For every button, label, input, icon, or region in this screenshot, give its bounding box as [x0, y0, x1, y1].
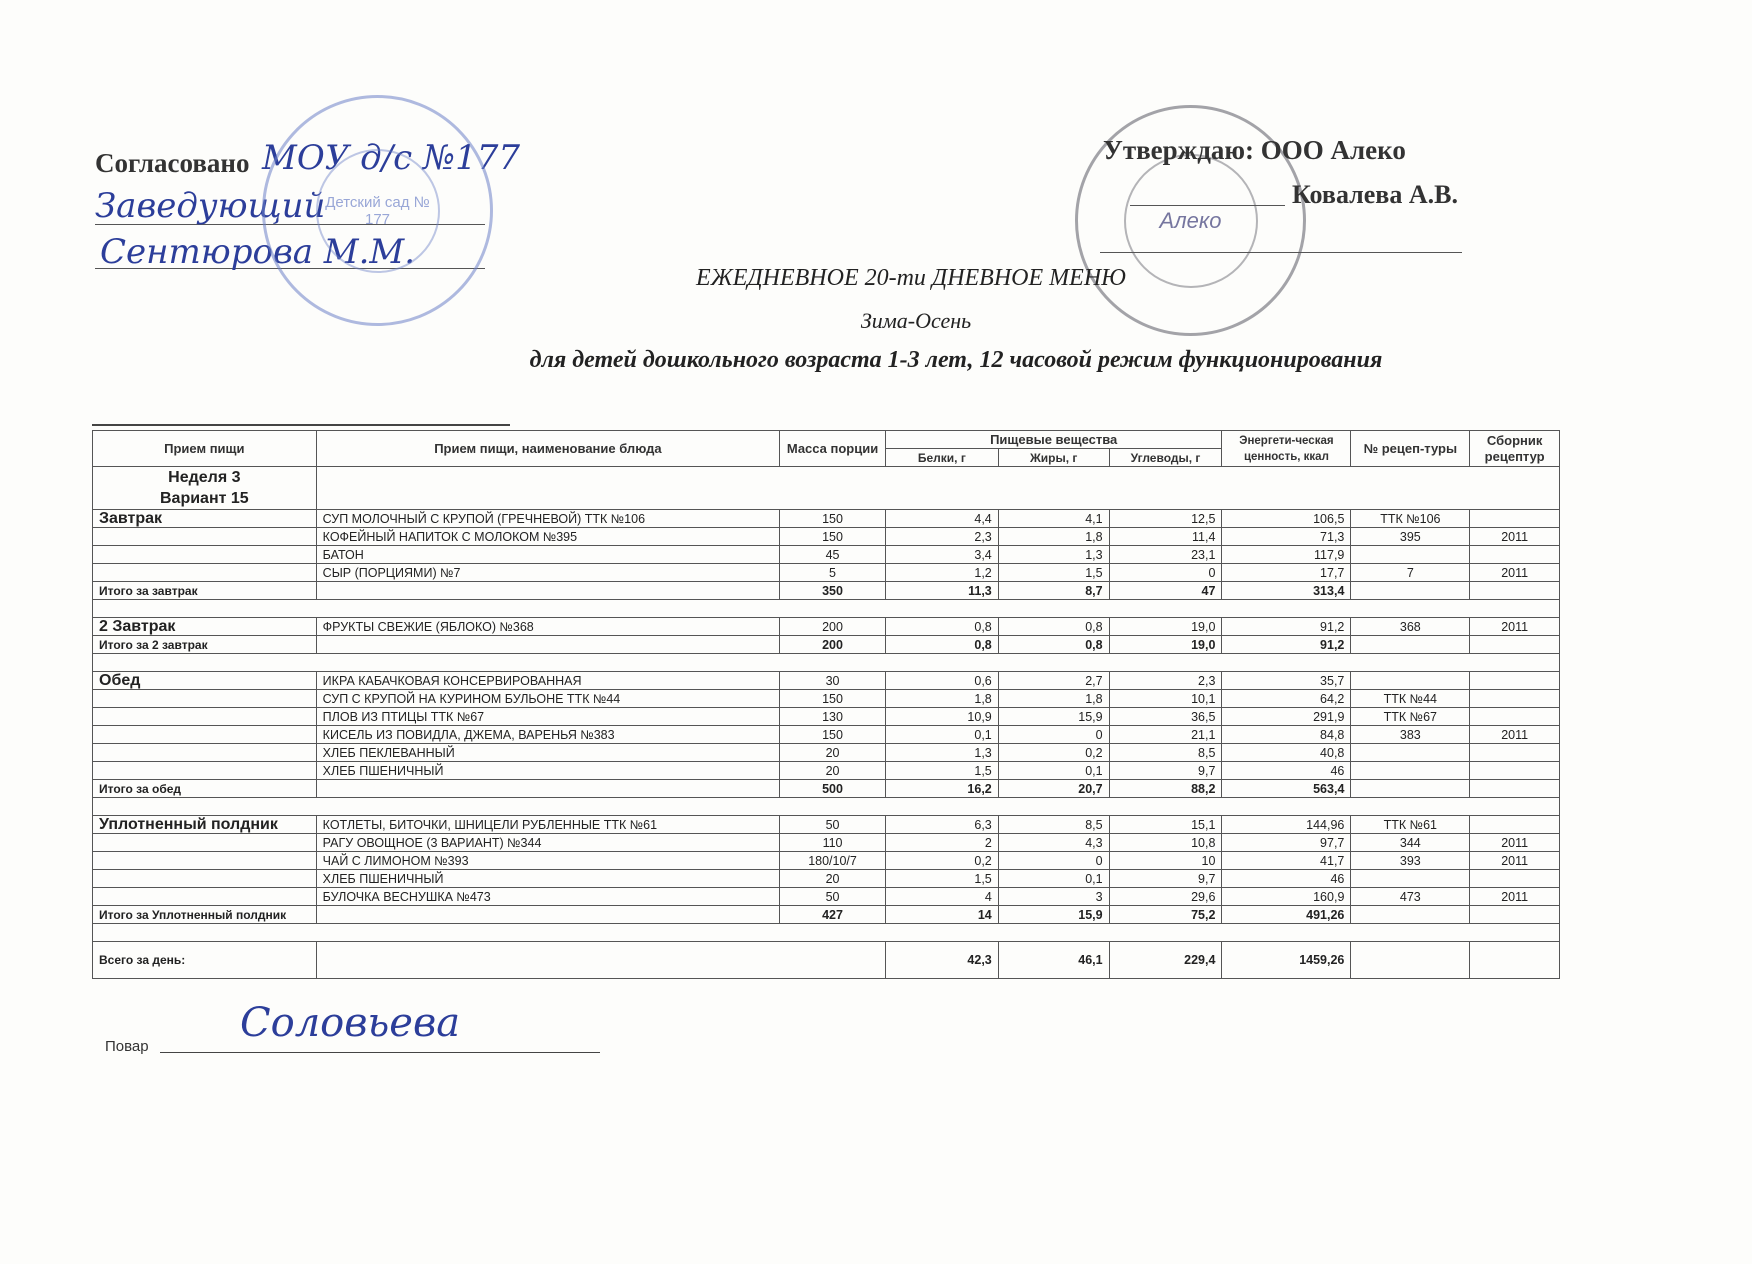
dish-recipe-no: ТТК №61: [1351, 816, 1470, 834]
empty-cell: [93, 654, 1560, 672]
dish-fat: 1,8: [998, 528, 1109, 546]
dish-protein: 2: [885, 834, 998, 852]
header-collection: Сборник рецептур: [1470, 431, 1560, 467]
dish-protein: 2,3: [885, 528, 998, 546]
dish-protein: 0,2: [885, 852, 998, 870]
dish-carbs: 10,8: [1109, 834, 1222, 852]
empty-cell: [1470, 942, 1560, 979]
total-carbs: 75,2: [1109, 906, 1222, 924]
dish-carbs: 11,4: [1109, 528, 1222, 546]
empty-cell: [1351, 582, 1470, 600]
dish-protein: 1,5: [885, 762, 998, 780]
empty-cell: [316, 582, 779, 600]
dish-fat: 0,2: [998, 744, 1109, 762]
section-total-label: Итого за Уплотненный полдник: [93, 906, 317, 924]
dish-carbs: 0: [1109, 564, 1222, 582]
meal-cell: [93, 744, 317, 762]
total-fat: 15,9: [998, 906, 1109, 924]
dish-mass: 20: [780, 870, 886, 888]
dish-row: ОбедИКРА КАБАЧКОВАЯ КОНСЕРВИРОВАННАЯ300,…: [93, 672, 1560, 690]
day-total-fat: 46,1: [998, 942, 1109, 979]
cook-label: Повар: [105, 1038, 149, 1055]
dish-recipe-no: ТТК №44: [1351, 690, 1470, 708]
dish-energy: 117,9: [1222, 546, 1351, 564]
spacer-row: [93, 600, 1560, 618]
dish-name: ФРУКТЫ СВЕЖИЕ (ЯБЛОКО) №368: [316, 618, 779, 636]
meal-cell: [93, 762, 317, 780]
empty-cell: [316, 780, 779, 798]
dish-carbs: 19,0: [1109, 618, 1222, 636]
dish-protein: 6,3: [885, 816, 998, 834]
dish-recipe-no: 393: [1351, 852, 1470, 870]
dish-name: КИСЕЛЬ ИЗ ПОВИДЛА, ДЖЕМА, ВАРЕНЬЯ №383: [316, 726, 779, 744]
dish-carbs: 8,5: [1109, 744, 1222, 762]
empty-cell: [1351, 942, 1470, 979]
dish-carbs: 10,1: [1109, 690, 1222, 708]
dish-collection: [1470, 744, 1560, 762]
dish-collection: 2011: [1470, 852, 1560, 870]
dish-protein: 4: [885, 888, 998, 906]
dish-carbs: 9,7: [1109, 762, 1222, 780]
dish-protein: 4,4: [885, 510, 998, 528]
header-dish: Прием пищи, наименование блюда: [316, 431, 779, 467]
dish-name: ХЛЕБ ПШЕНИЧНЫЙ: [316, 762, 779, 780]
stamp-center-text: Алеко: [1160, 208, 1222, 234]
dish-name: КОТЛЕТЫ, БИТОЧКИ, ШНИЦЕЛИ РУБЛЕННЫЕ ТТК …: [316, 816, 779, 834]
divider: [92, 424, 510, 426]
dish-carbs: 29,6: [1109, 888, 1222, 906]
header-recipe-no: № рецеп-туры: [1351, 431, 1470, 467]
empty-cell: [1470, 636, 1560, 654]
dish-mass: 180/10/7: [780, 852, 886, 870]
header-meal: Прием пищи: [93, 431, 317, 467]
dish-fat: 15,9: [998, 708, 1109, 726]
dish-mass: 5: [780, 564, 886, 582]
menu-table: Прием пищи Прием пищи, наименование блюд…: [92, 430, 1560, 979]
dish-name: СЫР (ПОРЦИЯМИ) №7: [316, 564, 779, 582]
dish-fat: 3: [998, 888, 1109, 906]
dish-name: КОФЕЙНЫЙ НАПИТОК С МОЛОКОМ №395: [316, 528, 779, 546]
variant-label: Вариант 15: [99, 488, 310, 509]
empty-cell: [93, 924, 1560, 942]
dish-mass: 130: [780, 708, 886, 726]
dish-row: 2 ЗавтракФРУКТЫ СВЕЖИЕ (ЯБЛОКО) №3682000…: [93, 618, 1560, 636]
spacer-row: [93, 654, 1560, 672]
spacer-row: [93, 798, 1560, 816]
dish-fat: 0,1: [998, 870, 1109, 888]
total-fat: 20,7: [998, 780, 1109, 798]
dish-carbs: 23,1: [1109, 546, 1222, 564]
empty-cell: [316, 636, 779, 654]
dish-collection: [1470, 546, 1560, 564]
header-fat: Жиры, г: [998, 449, 1109, 467]
dish-mass: 50: [780, 888, 886, 906]
dish-collection: [1470, 690, 1560, 708]
dish-mass: 50: [780, 816, 886, 834]
dish-recipe-no: 7: [1351, 564, 1470, 582]
dish-recipe-no: 344: [1351, 834, 1470, 852]
dish-collection: 2011: [1470, 834, 1560, 852]
total-protein: 11,3: [885, 582, 998, 600]
dish-mass: 30: [780, 672, 886, 690]
dish-protein: 1,2: [885, 564, 998, 582]
dish-collection: 2011: [1470, 564, 1560, 582]
dish-energy: 17,7: [1222, 564, 1351, 582]
dish-row: БУЛОЧКА ВЕСНУШКА №473504329,6160,9473201…: [93, 888, 1560, 906]
section-total-label: Итого за завтрак: [93, 582, 317, 600]
dish-row: КИСЕЛЬ ИЗ ПОВИДЛА, ДЖЕМА, ВАРЕНЬЯ №38315…: [93, 726, 1560, 744]
day-total-label: Всего за день:: [93, 942, 317, 979]
total-protein: 14: [885, 906, 998, 924]
dish-fat: 8,5: [998, 816, 1109, 834]
section-total-row: Итого за Уплотненный полдник4271415,975,…: [93, 906, 1560, 924]
empty-cell: [1351, 636, 1470, 654]
dish-protein: 0,6: [885, 672, 998, 690]
section-total-row: Итого за завтрак35011,38,747313,4: [93, 582, 1560, 600]
meal-cell: [93, 852, 317, 870]
dish-fat: 0,8: [998, 618, 1109, 636]
dish-mass: 110: [780, 834, 886, 852]
day-total-energy: 1459,26: [1222, 942, 1351, 979]
section-total-label: Итого за обед: [93, 780, 317, 798]
total-mass: 200: [780, 636, 886, 654]
dish-row: ХЛЕБ ПШЕНИЧНЫЙ201,50,19,746: [93, 870, 1560, 888]
dish-name: ХЛЕБ ПЕКЛЕВАННЫЙ: [316, 744, 779, 762]
dish-row: ХЛЕБ ПШЕНИЧНЫЙ201,50,19,746: [93, 762, 1560, 780]
dish-name: ПЛОВ ИЗ ПТИЦЫ ТТК №67: [316, 708, 779, 726]
dish-recipe-no: 395: [1351, 528, 1470, 546]
total-carbs: 88,2: [1109, 780, 1222, 798]
dish-mass: 45: [780, 546, 886, 564]
meal-name: Обед: [93, 672, 317, 690]
dish-recipe-no: [1351, 672, 1470, 690]
dish-row: СУП С КРУПОЙ НА КУРИНОМ БУЛЬОНЕ ТТК №441…: [93, 690, 1560, 708]
dish-collection: [1470, 762, 1560, 780]
dish-carbs: 12,5: [1109, 510, 1222, 528]
empty-cell: [1351, 906, 1470, 924]
menu-title: ЕЖЕДНЕВНОЕ 20-ти ДНЕВНОЕ МЕНЮ: [0, 265, 1752, 292]
dish-energy: 160,9: [1222, 888, 1351, 906]
dish-recipe-no: [1351, 546, 1470, 564]
dish-mass: 150: [780, 690, 886, 708]
total-energy: 563,4: [1222, 780, 1351, 798]
header-carbs: Углеводы, г: [1109, 449, 1222, 467]
dish-fat: 0: [998, 852, 1109, 870]
section-total-row: Итого за 2 завтрак2000,80,819,091,2: [93, 636, 1560, 654]
dish-name: БАТОН: [316, 546, 779, 564]
dish-recipe-no: [1351, 744, 1470, 762]
dish-carbs: 15,1: [1109, 816, 1222, 834]
meal-name: Завтрак: [93, 510, 317, 528]
dish-mass: 200: [780, 618, 886, 636]
dish-row: Уплотненный полдникКОТЛЕТЫ, БИТОЧКИ, ШНИ…: [93, 816, 1560, 834]
dish-name: СУП МОЛОЧНЫЙ С КРУПОЙ (ГРЕЧНЕВОЙ) ТТК №1…: [316, 510, 779, 528]
dish-carbs: 9,7: [1109, 870, 1222, 888]
meal-cell: [93, 564, 317, 582]
meal-cell: [93, 546, 317, 564]
dish-row: СЫР (ПОРЦИЯМИ) №751,21,5017,772011: [93, 564, 1560, 582]
total-protein: 0,8: [885, 636, 998, 654]
cook-signature: Соловьева: [240, 1000, 460, 1046]
dish-fat: 0: [998, 726, 1109, 744]
day-total-carbs: 229,4: [1109, 942, 1222, 979]
dish-energy: 46: [1222, 762, 1351, 780]
header-protein: Белки, г: [885, 449, 998, 467]
section-total-label: Итого за 2 завтрак: [93, 636, 317, 654]
dish-mass: 150: [780, 510, 886, 528]
dish-protein: 1,8: [885, 690, 998, 708]
meal-cell: [93, 834, 317, 852]
meal-cell: [93, 726, 317, 744]
dish-row: КОФЕЙНЫЙ НАПИТОК С МОЛОКОМ №3951502,31,8…: [93, 528, 1560, 546]
dish-mass: 20: [780, 744, 886, 762]
dish-protein: 10,9: [885, 708, 998, 726]
empty-cell: [1351, 780, 1470, 798]
dish-recipe-no: ТТК №106: [1351, 510, 1470, 528]
menu-season: Зима-Осень: [0, 308, 1752, 334]
cook-signature-line: [160, 1052, 600, 1053]
meal-cell: [93, 690, 317, 708]
dish-collection: 2011: [1470, 528, 1560, 546]
dish-row: ХЛЕБ ПЕКЛЕВАННЫЙ201,30,28,540,8: [93, 744, 1560, 762]
dish-row: РАГУ ОВОЩНОЕ (3 ВАРИАНТ) №34411024,310,8…: [93, 834, 1560, 852]
dish-name: РАГУ ОВОЩНОЕ (3 ВАРИАНТ) №344: [316, 834, 779, 852]
empty-cell: [1470, 780, 1560, 798]
dish-collection: [1470, 870, 1560, 888]
total-energy: 491,26: [1222, 906, 1351, 924]
dish-energy: 144,96: [1222, 816, 1351, 834]
dish-protein: 3,4: [885, 546, 998, 564]
spacer-row: [93, 924, 1560, 942]
dish-carbs: 21,1: [1109, 726, 1222, 744]
dish-collection: 2011: [1470, 726, 1560, 744]
dish-protein: 0,8: [885, 618, 998, 636]
dish-fat: 0,1: [998, 762, 1109, 780]
dish-protein: 0,1: [885, 726, 998, 744]
dish-mass: 150: [780, 528, 886, 546]
dish-energy: 35,7: [1222, 672, 1351, 690]
dish-name: ЧАЙ С ЛИМОНОМ №393: [316, 852, 779, 870]
dish-fat: 1,8: [998, 690, 1109, 708]
menu-subtitle: для детей дошкольного возраста 1-3 лет, …: [0, 347, 1752, 374]
dish-fat: 4,1: [998, 510, 1109, 528]
dish-mass: 150: [780, 726, 886, 744]
dish-collection: [1470, 510, 1560, 528]
dish-row: ЧАЙ С ЛИМОНОМ №393180/10/70,201041,73932…: [93, 852, 1560, 870]
day-total-row: Всего за день:42,346,1229,41459,26: [93, 942, 1560, 979]
dish-name: СУП С КРУПОЙ НА КУРИНОМ БУЛЬОНЕ ТТК №44: [316, 690, 779, 708]
total-carbs: 47: [1109, 582, 1222, 600]
dish-energy: 71,3: [1222, 528, 1351, 546]
dish-collection: [1470, 816, 1560, 834]
dish-carbs: 10: [1109, 852, 1222, 870]
meal-cell: [93, 870, 317, 888]
dish-protein: 1,3: [885, 744, 998, 762]
dish-collection: 2011: [1470, 888, 1560, 906]
dish-fat: 1,3: [998, 546, 1109, 564]
total-fat: 0,8: [998, 636, 1109, 654]
header-mass: Масса порции: [780, 431, 886, 467]
empty-cell: [93, 600, 1560, 618]
dish-recipe-no: [1351, 762, 1470, 780]
dish-energy: 291,9: [1222, 708, 1351, 726]
empty-cell: [316, 942, 885, 979]
section-total-row: Итого за обед50016,220,788,2563,4: [93, 780, 1560, 798]
dish-energy: 41,7: [1222, 852, 1351, 870]
approved-by-label: Согласовано: [95, 148, 250, 179]
meal-cell: [93, 888, 317, 906]
dish-collection: [1470, 708, 1560, 726]
total-mass: 427: [780, 906, 886, 924]
dish-row: БАТОН453,41,323,1117,9: [93, 546, 1560, 564]
dish-name: БУЛОЧКА ВЕСНУШКА №473: [316, 888, 779, 906]
dish-fat: 1,5: [998, 564, 1109, 582]
dish-collection: [1470, 672, 1560, 690]
empty-cell: [1470, 906, 1560, 924]
empty-cell: [1470, 582, 1560, 600]
dish-energy: 106,5: [1222, 510, 1351, 528]
dish-energy: 46: [1222, 870, 1351, 888]
empty-cell: [93, 798, 1560, 816]
total-mass: 500: [780, 780, 886, 798]
meal-cell: [93, 528, 317, 546]
dish-energy: 40,8: [1222, 744, 1351, 762]
total-mass: 350: [780, 582, 886, 600]
dish-recipe-no: ТТК №67: [1351, 708, 1470, 726]
total-protein: 16,2: [885, 780, 998, 798]
dish-collection: 2011: [1470, 618, 1560, 636]
header-energy: Энергети-ческая ценность, ккал: [1222, 431, 1351, 467]
total-energy: 91,2: [1222, 636, 1351, 654]
meal-cell: [93, 708, 317, 726]
dish-fat: 4,3: [998, 834, 1109, 852]
dish-energy: 97,7: [1222, 834, 1351, 852]
week-variant-cell: Неделя 3 Вариант 15: [93, 467, 317, 510]
dish-mass: 20: [780, 762, 886, 780]
dish-energy: 64,2: [1222, 690, 1351, 708]
week-label: Неделя 3: [99, 467, 310, 488]
meal-name: Уплотненный полдник: [93, 816, 317, 834]
signature-line: [1100, 252, 1462, 253]
week-row: Неделя 3 Вариант 15: [93, 467, 1560, 510]
dish-recipe-no: 368: [1351, 618, 1470, 636]
empty-cell: [316, 906, 779, 924]
header-nutrients: Пищевые вещества: [885, 431, 1222, 449]
dish-name: ХЛЕБ ПШЕНИЧНЫЙ: [316, 870, 779, 888]
day-total-protein: 42,3: [885, 942, 998, 979]
meal-name: 2 Завтрак: [93, 618, 317, 636]
dish-energy: 91,2: [1222, 618, 1351, 636]
dish-recipe-no: [1351, 870, 1470, 888]
dish-carbs: 36,5: [1109, 708, 1222, 726]
signature-line: [1130, 205, 1285, 206]
dish-row: ПЛОВ ИЗ ПТИЦЫ ТТК №6713010,915,936,5291,…: [93, 708, 1560, 726]
approved-label: Утверждаю: ООО Алеко: [1103, 135, 1406, 166]
stamp-center-text: Детский сад № 177: [318, 194, 438, 228]
dish-fat: 2,7: [998, 672, 1109, 690]
dish-carbs: 2,3: [1109, 672, 1222, 690]
total-carbs: 19,0: [1109, 636, 1222, 654]
total-energy: 313,4: [1222, 582, 1351, 600]
total-fat: 8,7: [998, 582, 1109, 600]
dish-recipe-no: 473: [1351, 888, 1470, 906]
dish-row: ЗавтракСУП МОЛОЧНЫЙ С КРУПОЙ (ГРЕЧНЕВОЙ)…: [93, 510, 1560, 528]
dish-name: ИКРА КАБАЧКОВАЯ КОНСЕРВИРОВАННАЯ: [316, 672, 779, 690]
dish-protein: 1,5: [885, 870, 998, 888]
dish-recipe-no: 383: [1351, 726, 1470, 744]
approver-name: Ковалева А.В.: [1292, 180, 1458, 210]
dish-energy: 84,8: [1222, 726, 1351, 744]
